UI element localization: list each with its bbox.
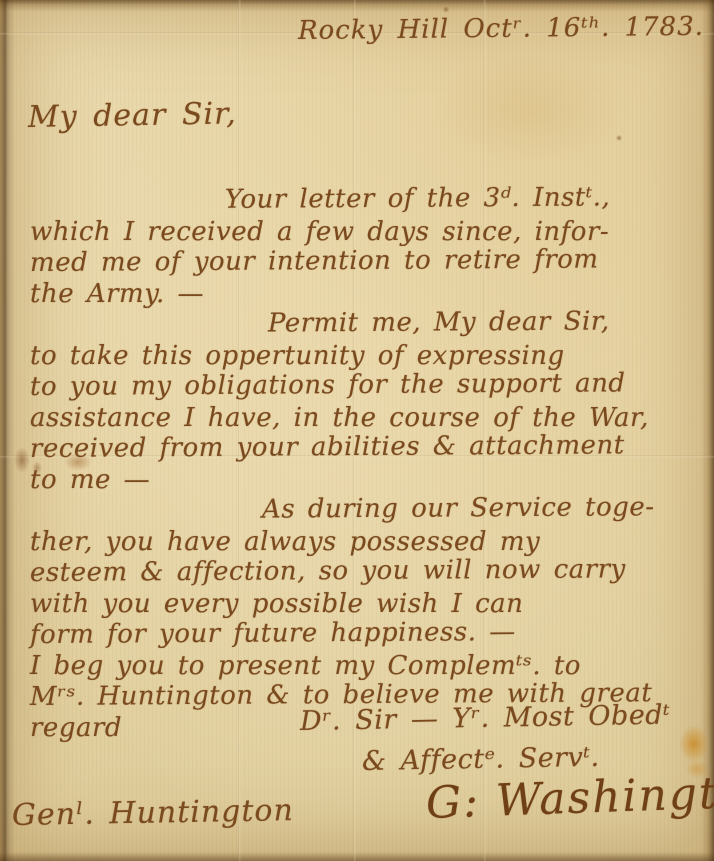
ink-speck: [443, 6, 449, 13]
letter-line: to take this oppertunity of expressing: [30, 341, 706, 372]
addressee: Genˡ. Huntington: [12, 793, 294, 833]
letter-line: with you every possible wish I can: [30, 589, 706, 620]
letter-line: Permit me, My dear Sir,: [30, 306, 706, 341]
letter-line: form for your future happiness. —: [30, 616, 706, 651]
dateline: Rocky Hill Octʳ. 16ᵗʰ. 1783.: [298, 12, 704, 46]
paper-edge-top: [0, 0, 714, 12]
letter-line: which I received a few days since, infor…: [30, 217, 706, 248]
paper-edge-bottom: [0, 852, 714, 861]
closing-line-1: Dʳ. Sir — Yʳ. Most Obedᵗ: [300, 700, 671, 737]
paper-edge-left: [0, 0, 15, 861]
letter-line: assistance I have, in the course of the …: [30, 403, 706, 434]
closing-line-2: & Affectᵉ. Servᵗ.: [362, 742, 600, 777]
ink-stain: [14, 447, 30, 473]
letter-body: Your letter of the 3ᵈ. Instᵗ., which I r…: [30, 186, 706, 744]
letter-line: med me of your intention to retire from: [30, 244, 706, 279]
ink-speck: [616, 135, 622, 141]
letter-line: I beg you to present my Complemᵗˢ. to: [30, 651, 706, 682]
letter-line: Your letter of the 3ᵈ. Instᵗ.,: [30, 182, 706, 217]
letter-line: received from your abilities & attachmen…: [30, 430, 706, 465]
signature: G: Washington: [425, 766, 714, 829]
letter-line: to you my obligations for the support an…: [30, 368, 706, 403]
letter-line: As during our Service toge-: [30, 492, 706, 527]
letter-line: esteem & affection, so you will now carr…: [30, 554, 706, 589]
letter-line: the Army. —: [30, 279, 706, 310]
paragraph-2: Permit me, My dear Sir, to take this opp…: [30, 310, 706, 496]
letter-line: to me —: [30, 465, 706, 496]
paragraph-1: Your letter of the 3ᵈ. Instᵗ., which I r…: [30, 186, 706, 310]
letter-page: Rocky Hill Octʳ. 16ᵗʰ. 1783. My dear Sir…: [0, 0, 714, 861]
salutation: My dear Sir,: [28, 96, 237, 135]
paper-mottling: [430, 55, 630, 165]
letter-line: ther, you have always possessed my: [30, 527, 706, 558]
